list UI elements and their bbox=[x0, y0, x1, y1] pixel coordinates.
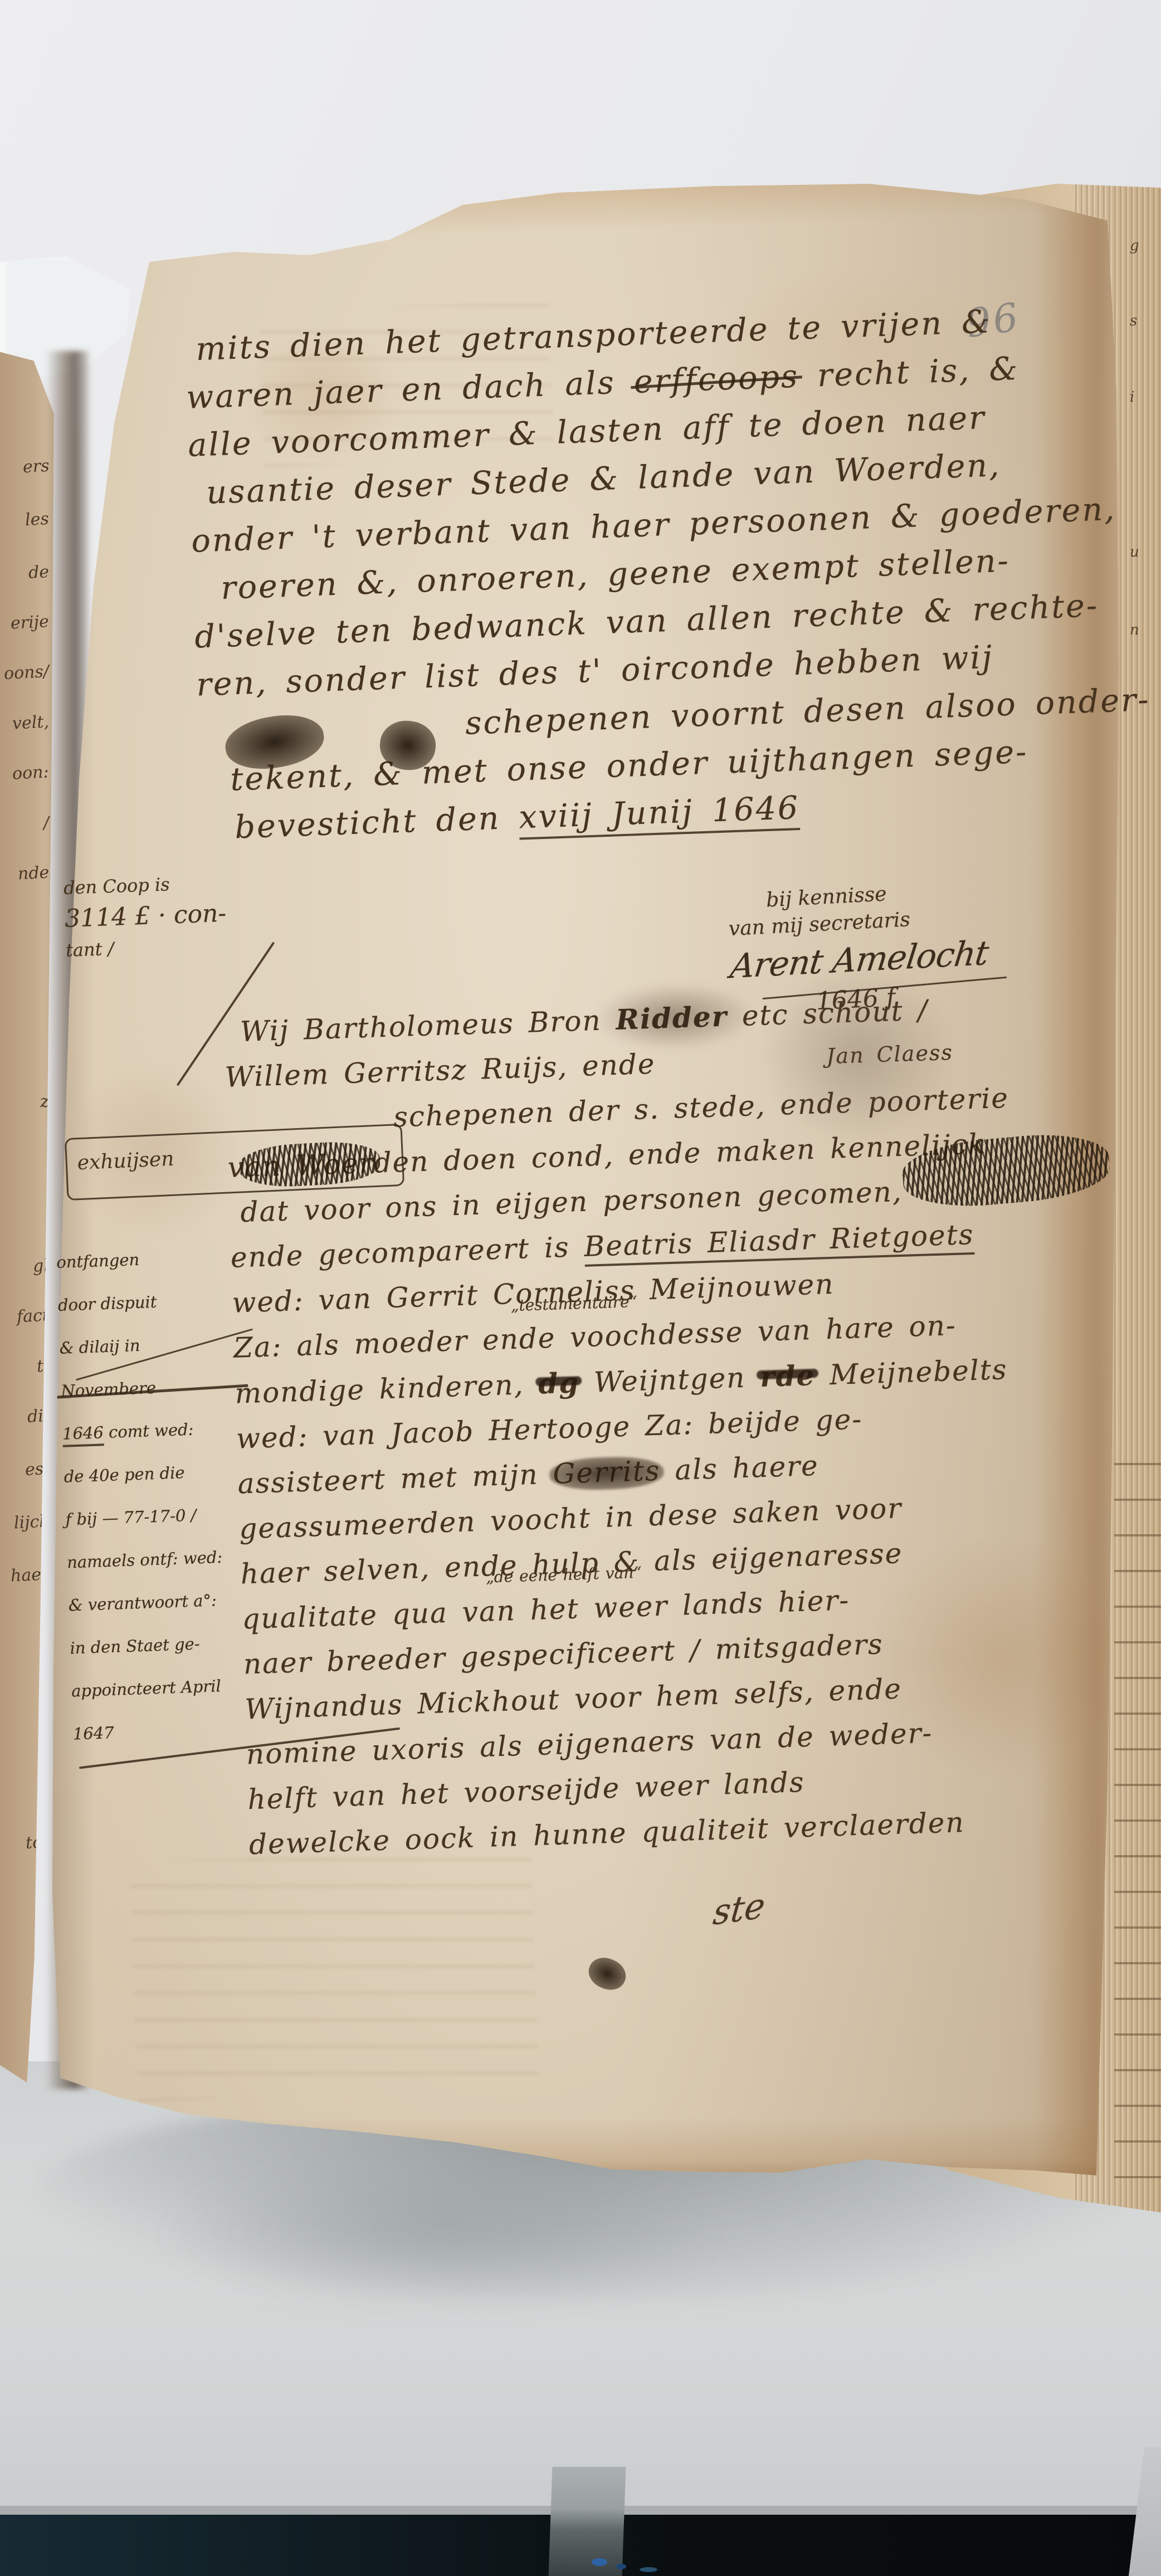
left-page-fragment: nde bbox=[17, 863, 50, 884]
margin-receipt-amount: ƒ bij — 77-17-0 / bbox=[65, 1492, 250, 1541]
margin-receipt-line: de 40e pen die bbox=[63, 1449, 248, 1498]
left-page-fragment: haer bbox=[10, 1564, 50, 1586]
act2-line14-post: het weer lands hier- bbox=[530, 1584, 850, 1626]
desk-shadow-smudge bbox=[167, 2162, 713, 2306]
act2-line11-post: als haere bbox=[660, 1450, 819, 1487]
margin-year-underlined: 1646 bbox=[62, 1423, 104, 1447]
margin-receipt-line: & verantwoort a°: bbox=[67, 1578, 252, 1627]
act2-line11-pre: assisteert met mijn bbox=[237, 1458, 553, 1500]
act2-line8-post: voochdesse van hare on- bbox=[569, 1309, 957, 1354]
margin-note-receipt: ontfangen door dispuit & dilaij in Novem… bbox=[56, 1235, 257, 1756]
margin-receipt-line: namaels ontf: wed: bbox=[66, 1535, 251, 1584]
act2-line9-pre: mondige kinderen, bbox=[235, 1368, 539, 1410]
act2-blotted-word: dg bbox=[538, 1366, 580, 1400]
ink-fingerprint-smudge bbox=[764, 968, 954, 1141]
margin-receipt-line: in den Staet ge- bbox=[69, 1621, 254, 1670]
act2-smudged-word: Ridder bbox=[615, 1000, 728, 1036]
act2-text-block: Wij Bartholomeus Bron Ridder etc schout … bbox=[223, 980, 1161, 1867]
margin-receipt-line: 1646 comt wed: bbox=[62, 1406, 247, 1455]
act1-text-block: mits dien het getransporteerde te vrijen… bbox=[184, 293, 1149, 853]
blue-fleck bbox=[640, 2567, 657, 2572]
margin-receipt-line: ontfangen bbox=[56, 1235, 241, 1284]
margin-price-line: tant / bbox=[65, 928, 256, 966]
left-page-fragment: erije bbox=[10, 612, 49, 633]
act1-struck-word: erffcoops bbox=[633, 358, 800, 401]
act2-blotted-name: Gerrits bbox=[553, 1455, 661, 1490]
act1-line11-pre: bevesticht den bbox=[234, 799, 519, 846]
margin-line5-rest: comt wed: bbox=[103, 1420, 194, 1442]
margin-note-price: den Coop is 3114 £ · con- tant / bbox=[63, 866, 256, 966]
act2-line1-pre: Wij Bartholomeus Bron bbox=[240, 1004, 616, 1048]
act2-line9-mid: Weijntgen bbox=[579, 1361, 760, 1399]
left-page-fragment: oon: bbox=[12, 762, 50, 783]
act1-line2-post: recht is, & bbox=[798, 350, 1019, 395]
margin-price-amount: 3114 £ · con- bbox=[64, 897, 255, 935]
margin-boxed-word: exhuijsen bbox=[77, 1148, 174, 1175]
act2-line6-pre: ende gecompareert is bbox=[230, 1231, 584, 1274]
act2-blotted-word: rde bbox=[759, 1359, 816, 1393]
left-page-fragment: velt, bbox=[12, 712, 50, 733]
margin-receipt-line: & dilaij in bbox=[58, 1320, 243, 1369]
margin-receipt-line: door dispuit bbox=[57, 1277, 242, 1326]
photo-of-manuscript-page: ers les de erije oons/ velt, oon: / nde … bbox=[0, 0, 1161, 2576]
act2-line9-post: Meijnebelts bbox=[814, 1353, 1008, 1392]
blue-fleck bbox=[592, 2558, 607, 2566]
margin-receipt-line: appoincteert April bbox=[71, 1663, 256, 1713]
left-page-fragment: oons/ bbox=[3, 662, 50, 684]
object-behind-table bbox=[549, 2467, 626, 2576]
margin-receipt-line-struck: Novembere bbox=[60, 1363, 245, 1412]
act2-line14-pre: qualitate qua van bbox=[241, 1594, 530, 1635]
fore-edge-ink-fragment: g bbox=[1130, 237, 1139, 254]
left-page-fragment: fact bbox=[16, 1306, 50, 1327]
etcetera-mark: ste bbox=[711, 1885, 767, 1934]
act1-date-underlined: xviij Junij 1646 bbox=[518, 789, 800, 840]
act2-line8-pre: Za: als moeder ende bbox=[233, 1321, 570, 1364]
ink-show-through bbox=[130, 1848, 539, 2102]
blue-fleck bbox=[616, 2564, 626, 2569]
left-page-fragment: lijck bbox=[13, 1511, 50, 1533]
